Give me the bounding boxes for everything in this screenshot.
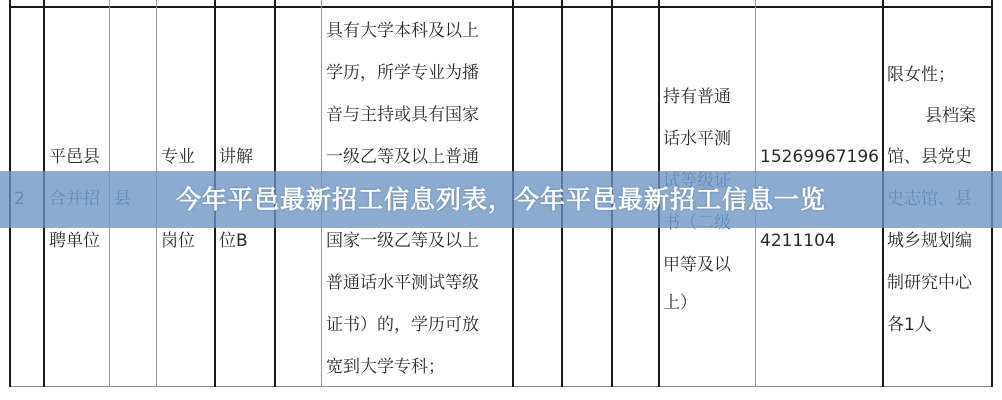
requirements-line: 证书）的，学历可放: [326, 304, 479, 346]
requirements-line: 宽到大学专科；: [326, 346, 445, 388]
banner-title: 今年平邑最新招工信息列表，今年平邑最新招工信息一览: [0, 171, 1002, 228]
other-req-line: 话水平测: [663, 118, 731, 160]
requirements-line: 普通话水平测试等级: [326, 262, 479, 304]
requirements-line: 音与主持或具有国家: [326, 94, 479, 136]
notes-line: 县档案: [925, 95, 976, 137]
other-req-line: 持有普通: [663, 76, 731, 118]
other-req-line: 甲等及以: [663, 244, 731, 286]
notes-line: 限女性；: [887, 54, 955, 96]
requirements-line: 具有大学本科及以上: [326, 10, 479, 52]
other-req-line: 上）: [663, 282, 697, 324]
notes-line: 制研究中心: [887, 262, 972, 304]
notes-line: 各1人: [887, 304, 932, 346]
requirements-line: 学历，所学专业为播: [326, 52, 479, 94]
